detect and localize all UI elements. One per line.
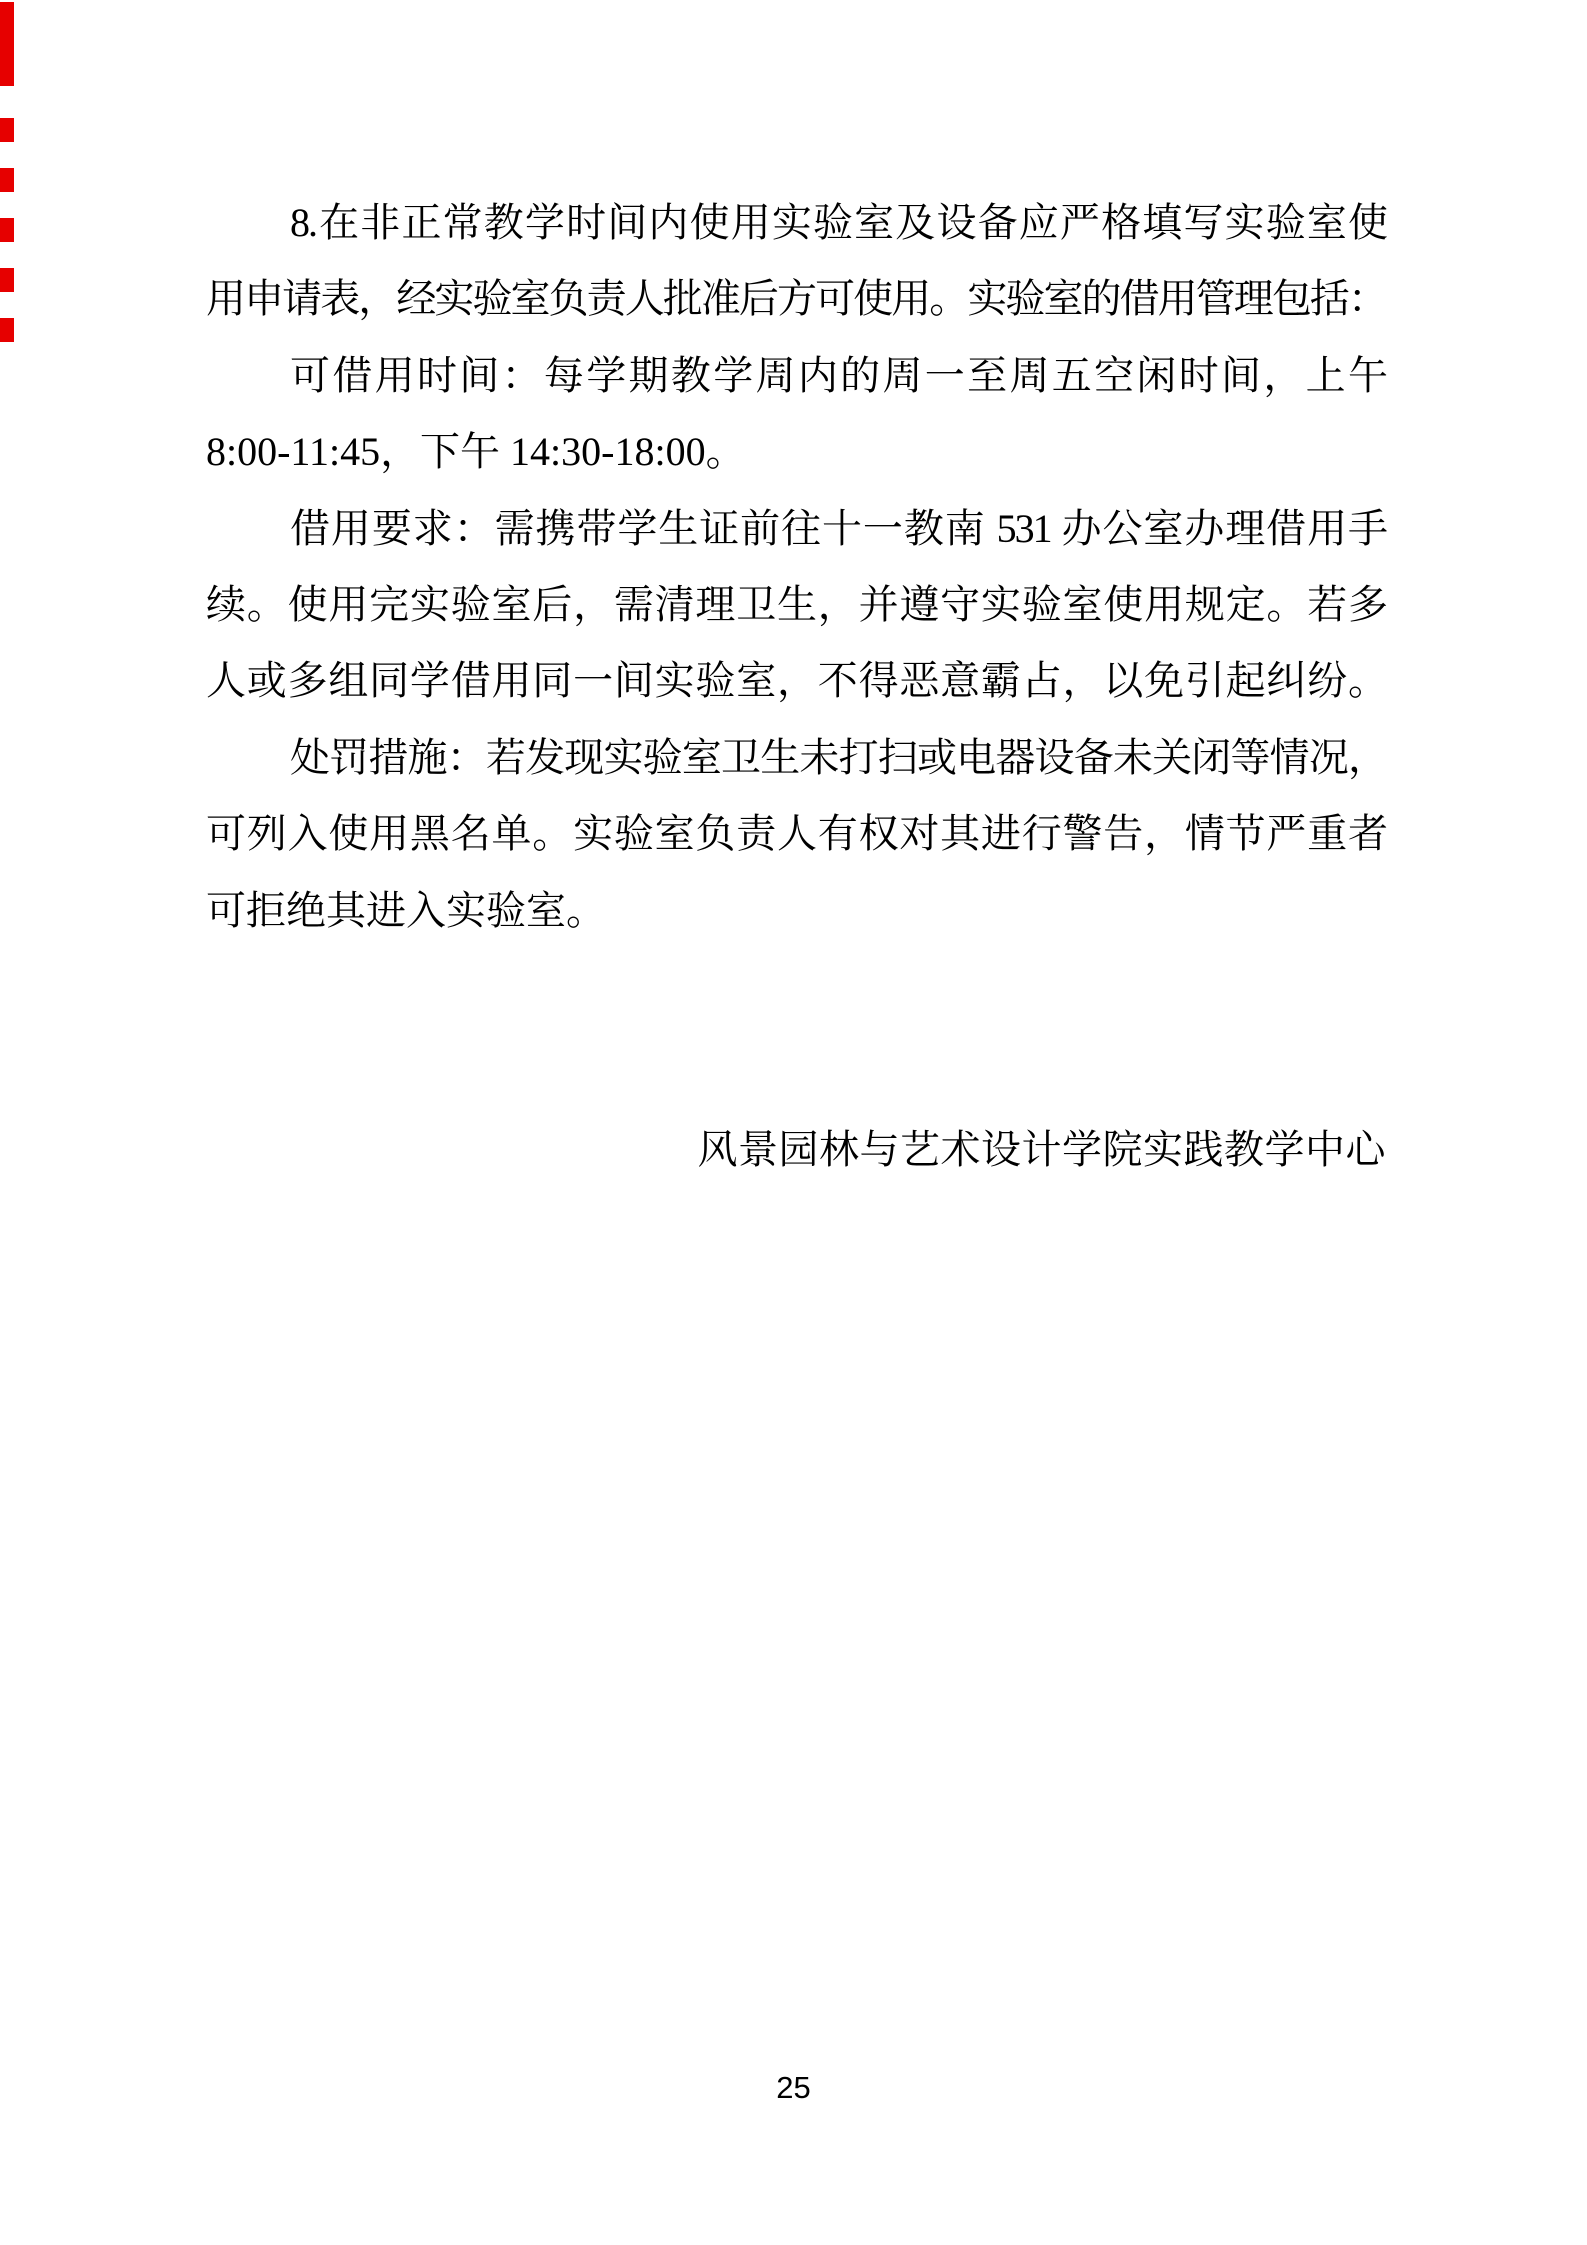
red-edge-mark: [0, 2, 14, 86]
red-edge-mark: [0, 168, 14, 192]
document-body: 8.在非正常教学时间内使用实验室及设备应严格填写实验室使 用申请表，经实验室负责…: [206, 185, 1386, 1188]
red-edge-mark: [0, 118, 14, 142]
paragraph-line: 可列入使用黑名单。实验室负责人有权对其进行警告，情节严重者: [206, 796, 1386, 872]
paragraph-line: 用申请表，经实验室负责人批准后方可使用。实验室的借用管理包括：: [206, 261, 1386, 337]
paragraph-line: 8.在非正常教学时间内使用实验室及设备应严格填写实验室使: [206, 185, 1386, 261]
paragraph-line: 处罚措施：若发现实验室卫生未打扫或电器设备未关闭等情况，: [206, 720, 1386, 796]
signature-line: 风景园林与艺术设计学院实践教学中心: [206, 1112, 1386, 1188]
paragraph-line: 借用要求：需携带学生证前往十一教南 531 办公室办理借用手: [206, 491, 1386, 567]
page-footer: 25: [0, 2072, 1587, 2103]
page-number: 25: [776, 2070, 810, 2105]
red-edge-mark: [0, 218, 14, 242]
paragraph-line: 续。使用完实验室后，需清理卫生，并遵守实验室使用规定。若多: [206, 567, 1386, 643]
red-edge-marks: [0, 0, 16, 360]
paragraph-line: 可拒绝其进入实验室。: [206, 873, 1386, 949]
document-page: 8.在非正常教学时间内使用实验室及设备应严格填写实验室使 用申请表，经实验室负责…: [0, 0, 1587, 2245]
red-edge-mark: [0, 318, 14, 342]
paragraph-line: 人或多组同学借用同一间实验室，不得恶意霸占，以免引起纠纷。: [206, 643, 1386, 719]
paragraph-line: 8:00-11:45，下午 14:30-18:00。: [206, 414, 1386, 490]
red-edge-mark: [0, 268, 14, 292]
paragraph-line: 可借用时间：每学期教学周内的周一至周五空闲时间，上午: [206, 338, 1386, 414]
